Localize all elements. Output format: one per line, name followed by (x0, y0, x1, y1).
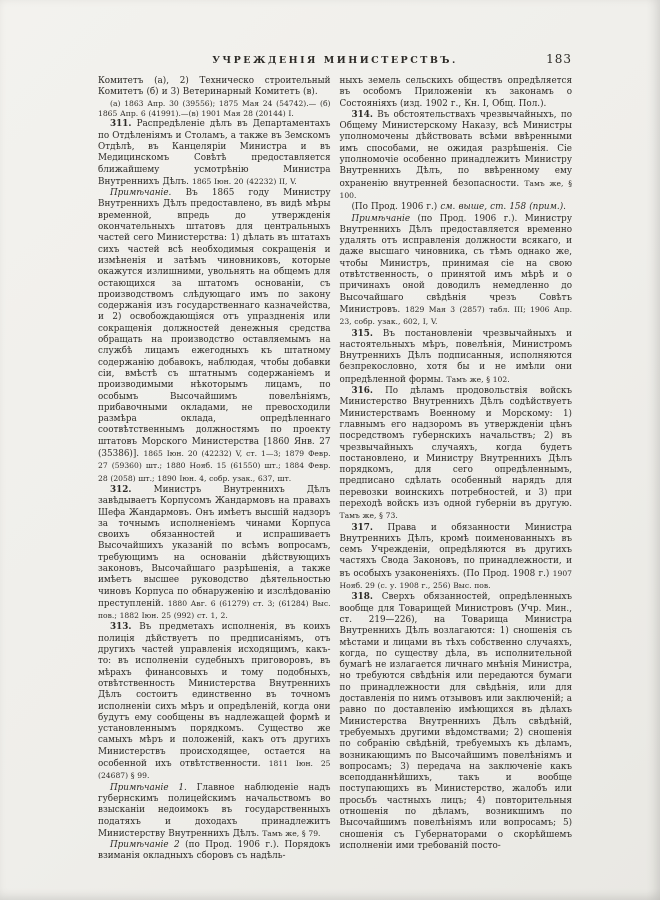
article-paragraph: 311. Распредѣленіе дѣлъ въ Департаментах… (98, 119, 331, 188)
page-number: 183 (512, 52, 572, 66)
text-segment: Въ предметахъ исполненія, въ коихъ полиц… (98, 622, 331, 769)
scanned-book-page: УЧРЕЖДЕНІЯ МИНИСТЕРСТВЪ. 183 Комитетъ (а… (0, 0, 660, 900)
note-paragraph: Примѣчаніе 1. Главное наблюденіе надъ гу… (98, 783, 331, 840)
text-segment: 313. (110, 622, 131, 632)
article-paragraph: 316. По дѣламъ продовольствія войскъ Мин… (340, 386, 573, 523)
scan-shadow-right (646, 0, 660, 900)
continuation-paragraph: ныхъ земель сельскихъ обществъ опредѣляе… (340, 76, 573, 110)
left-column: Комитетъ (а), 2) Техническо строительный… (98, 76, 331, 863)
text-segment: Примѣчаніе. (110, 188, 171, 198)
text-segment: Министръ Внутреннихъ Дѣлъ завѣдываетъ Ко… (98, 485, 331, 609)
scan-shadow-bottom (0, 888, 660, 900)
note-paragraph: Примѣчаніе. Въ 1865 году Министру Внутре… (98, 188, 331, 485)
text-segment: Въ 1865 году Министру Внутреннихъ Дѣлъ п… (98, 188, 331, 459)
text-segment: 311. (110, 119, 131, 129)
note-paragraph: Примѣчаніе (по Прод. 1906 г.). Министру … (340, 214, 573, 329)
article-paragraph: 317. Права и обязанности Министра Внутре… (340, 523, 573, 593)
text-segment: 312. (110, 485, 131, 495)
article-paragraph: 318. Сверхъ обязанностей, опредѣленныхъ … (340, 592, 573, 852)
text-segment: см. выше, ст. 158 (прим.). (440, 202, 566, 212)
text-segment: Комитетъ (а), 2) Техническо строительный… (98, 76, 331, 97)
text-segment: 1865 Іюн. 20 (42232) II, V. (192, 177, 297, 186)
text-segment: По дѣламъ продовольствія войскъ Министер… (340, 386, 573, 509)
text-segment: (а) 1863 Апр. 30 (39556); 1875 Мая 24 (5… (98, 99, 331, 118)
note-paragraph: Примѣчаніе 2 (по Прод. 1906 г.). Порядок… (98, 840, 331, 863)
text-segment: Примѣчаніе (352, 214, 411, 224)
text-segment: Сверхъ обязанностей, опредѣленныхъ вообщ… (340, 592, 573, 851)
text-segment: ныхъ земель сельскихъ обществъ опредѣляе… (340, 76, 573, 109)
text-segment: Тамъ же, § 102. (447, 375, 510, 384)
text-segment: (По Прод. 1906 г.) (352, 202, 441, 212)
text-segment: 315. (352, 329, 373, 339)
text-segment: 317. (352, 523, 373, 533)
text-segment: 318. (352, 592, 373, 602)
text-block: УЧРЕЖДЕНІЯ МИНИСТЕРСТВЪ. 183 Комитетъ (а… (98, 52, 572, 863)
two-column-layout: Комитетъ (а), 2) Техническо строительный… (98, 76, 572, 863)
running-title: УЧРЕЖДЕНІЯ МИНИСТЕРСТВЪ. (98, 55, 512, 66)
article-paragraph: 315. Въ постановленіи чрезвычайныхъ и на… (340, 329, 573, 386)
article-paragraph: 314. Въ обстоятельствахъ чрезвычайныхъ, … (340, 110, 573, 202)
article-paragraph: 312. Министръ Внутреннихъ Дѣлъ завѣдывае… (98, 485, 331, 623)
right-column: ныхъ земель сельскихъ обществъ опредѣляе… (340, 76, 573, 863)
text-segment: Тамъ же, § 79. (262, 829, 320, 838)
note-paragraph: (По Прод. 1906 г.) см. выше, ст. 158 (пр… (340, 202, 573, 213)
text-segment: Примѣчаніе 1. (110, 783, 187, 793)
text-segment: 314. (352, 110, 373, 120)
text-segment: Примѣчаніе 2 (110, 840, 180, 850)
text-segment: Тамъ же, § 73. (340, 511, 398, 520)
text-segment: Права и обязанности Министра Внутреннихъ… (340, 523, 573, 579)
text-segment: 316. (352, 386, 373, 396)
citation-paragraph: (а) 1863 Апр. 30 (39556); 1875 Мая 24 (5… (98, 99, 331, 120)
text-segment: (по Прод. 1906 г.). Министру Внутреннихъ… (340, 214, 573, 315)
text-segment: Въ обстоятельствахъ чрезвычайныхъ, по Об… (340, 110, 573, 189)
continuation-paragraph: Комитетъ (а), 2) Техническо строительный… (98, 76, 331, 99)
article-paragraph: 313. Въ предметахъ исполненія, въ коихъ … (98, 622, 331, 782)
running-head: УЧРЕЖДЕНІЯ МИНИСТЕРСТВЪ. 183 (98, 52, 572, 66)
